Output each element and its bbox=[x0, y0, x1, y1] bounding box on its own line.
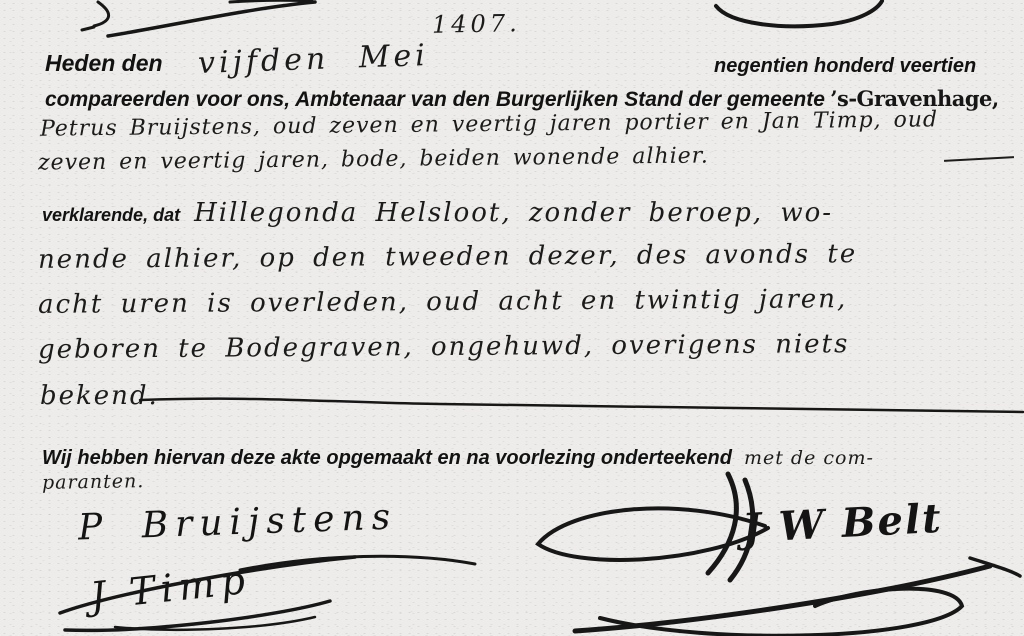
declaration-line-4: geboren te Bodegraven, ongehuwd, overige… bbox=[38, 329, 850, 365]
printed-closing-text: Wij hebben hiervan deze akte opgemaakt e… bbox=[42, 447, 732, 469]
declarants-trailing-dash bbox=[944, 156, 1014, 162]
printed-verklarende-dat: verklarende, dat bbox=[42, 205, 180, 225]
printed-heden-den: Heden den bbox=[45, 50, 163, 77]
declaration-line-2: nende alhier, op den tweeden dezer, des … bbox=[38, 239, 857, 275]
stray-signature-flourish-left bbox=[80, 0, 350, 40]
act-number: 1407. bbox=[432, 9, 521, 39]
signature-bruijstens: P Bruijstens bbox=[77, 496, 397, 548]
closing-handwritten-1: met de com- bbox=[744, 447, 874, 469]
stray-signature-flourish-right bbox=[712, 0, 887, 32]
closing-line: Wij hebben hiervan deze akte opgemaakt e… bbox=[42, 447, 874, 470]
declaration-line-1: verklarende, dat Hillegonda Helsloot, zo… bbox=[42, 198, 833, 228]
declaration-line-3: acht uren is overleden, oud acht en twin… bbox=[38, 284, 847, 320]
declaration-handwritten-1: Hillegonda Helsloot, zonder beroep, wo- bbox=[194, 198, 833, 228]
printed-year: negentien honderd veertien bbox=[714, 55, 976, 78]
signature-timp-flourish bbox=[55, 555, 385, 636]
death-certificate-scan: 1407. Heden den vijfden Mei negentien ho… bbox=[0, 0, 1024, 636]
declarants-line-1: Petrus Bruijstens, oud zeven en veertig … bbox=[40, 107, 938, 141]
handwritten-date: vijfden Mei bbox=[197, 38, 429, 81]
closing-handwritten-2: paranten. bbox=[42, 470, 145, 494]
signature-registrar-flourish bbox=[530, 468, 1024, 636]
bekend-closing-rule bbox=[140, 392, 1024, 414]
declarants-line-2: zeven en veertig jaren, bode, beiden won… bbox=[38, 143, 709, 175]
printed-comparition-text: compareerden voor ons, Ambtenaar van den… bbox=[45, 88, 825, 111]
